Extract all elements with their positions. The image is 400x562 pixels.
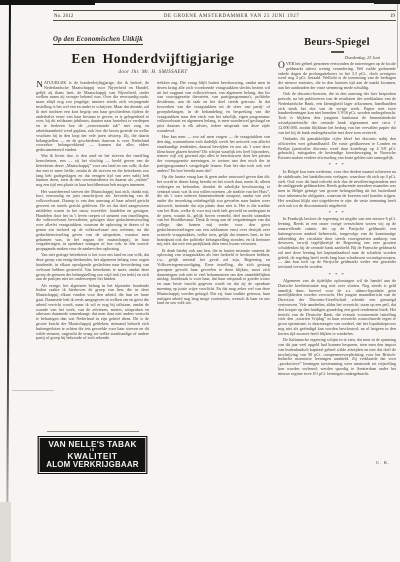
paragraph: In Frankrijk besloot de regeering tot ui… (278, 217, 396, 270)
scan-right-edge (397, 4, 398, 68)
paragraph: OVER het geheel genomen vertoonden de no… (278, 62, 396, 91)
article-kicker: Op den Economischen Uitkijk (53, 36, 143, 45)
article-section: Op den Economischen Uitkijk Een Honderdv… (36, 28, 270, 474)
paragraph: De Italiaansche regeering schijnt in te … (278, 338, 396, 376)
dropcap-initial: N (36, 81, 44, 89)
dateline: Donderdag, 23 Juni (278, 55, 396, 60)
article-byline: door Jhr. Mr. H. SMISSAERT (36, 70, 270, 75)
paragraph: Het waardeerend streven der Maatschappij… (36, 190, 149, 252)
paragraph: Ondanks dit gemakkelijke cijfer bleef he… (278, 137, 396, 161)
asterism-separator: * * * (278, 272, 396, 278)
newspaper-page: No. 2612 DE GROENE AMSTERDAMMER VAN 25 J… (0, 0, 400, 562)
masthead: DE GROENE AMSTERDAMMER VAN 25 JUNI 1927 (164, 14, 300, 19)
scan-smudge (0, 502, 11, 562)
scan-top-edge-left (0, 0, 95, 5)
article-column-2: trekken zag. Die vraag blijft buiten bes… (157, 81, 270, 474)
advert-line: ALOM VERKRIJGBAAR (40, 461, 146, 470)
paragraph: Ook de disconto-koersen, die in den aanv… (278, 92, 396, 135)
title-ornament (331, 51, 344, 53)
article-title: Een Honderdvijftigjarige (36, 51, 270, 67)
page-body: Op den Economischen Uitkijk Een Honderdv… (36, 28, 396, 474)
van-nelle-advert: VAN NELLE'S TABAK IS KWALITEIT ALOM VERK… (38, 436, 148, 474)
paragraph: Ik denk hierbij ook aan hen, die in laat… (157, 249, 270, 307)
paragraph: Wat ik liever doe, is den aard en het st… (36, 154, 149, 188)
paragraph: Algemeen van de tijdelijke oplossingen w… (278, 279, 396, 337)
page-content: No. 2612 DE GROENE AMSTERDAMMER VAN 25 J… (36, 10, 396, 474)
asterism-separator: * * * (278, 162, 396, 168)
article-columns: NATUURLIJK is de honderdvijftigjarige, d… (36, 81, 270, 474)
article-column-1: NATUURLIJK is de honderdvijftigjarige, d… (36, 81, 149, 474)
beurs-body: OVER het geheel genomen vertoonden de no… (278, 62, 396, 378)
paragraph: Op die laatste vraag kan ik geen ander a… (157, 175, 270, 247)
paragraph: Hoe kan men — zoo zal men vragen — de vr… (157, 135, 270, 173)
paragraph: trekken zag. Die vraag blijft buiten bes… (157, 81, 270, 134)
paragraph: In België kon men wederom, voor den derd… (278, 170, 396, 208)
advert-line: VAN NELLE'S TABAK (40, 440, 146, 449)
issue-number: No. 2612 (54, 14, 73, 19)
dropcap-initial: O (278, 62, 286, 70)
paragraph: Als eenige, het algemeen belang in het b… (36, 284, 149, 342)
page-number: 19 (390, 13, 395, 19)
asterism-separator: * * * (278, 210, 396, 216)
advert-divider (47, 431, 139, 432)
paragraph: Van niet geringe beteekenis is het voor … (36, 253, 149, 282)
scan-left-edge (6, 0, 11, 508)
beurs-spiegel-column: Beurs-Spiegel Donderdag, 23 Juni OVER he… (278, 28, 396, 465)
author-signature: C. K. (278, 460, 396, 465)
page-header: No. 2612 DE GROENE AMSTERDAMMER VAN 25 J… (53, 10, 396, 21)
advert-container: VAN NELLE'S TABAK IS KWALITEIT ALOM VERK… (36, 431, 149, 474)
paragraph: NATUURLIJK is de honderdvijftigjarige, d… (36, 81, 149, 153)
beurs-title: Beurs-Spiegel (278, 37, 396, 48)
